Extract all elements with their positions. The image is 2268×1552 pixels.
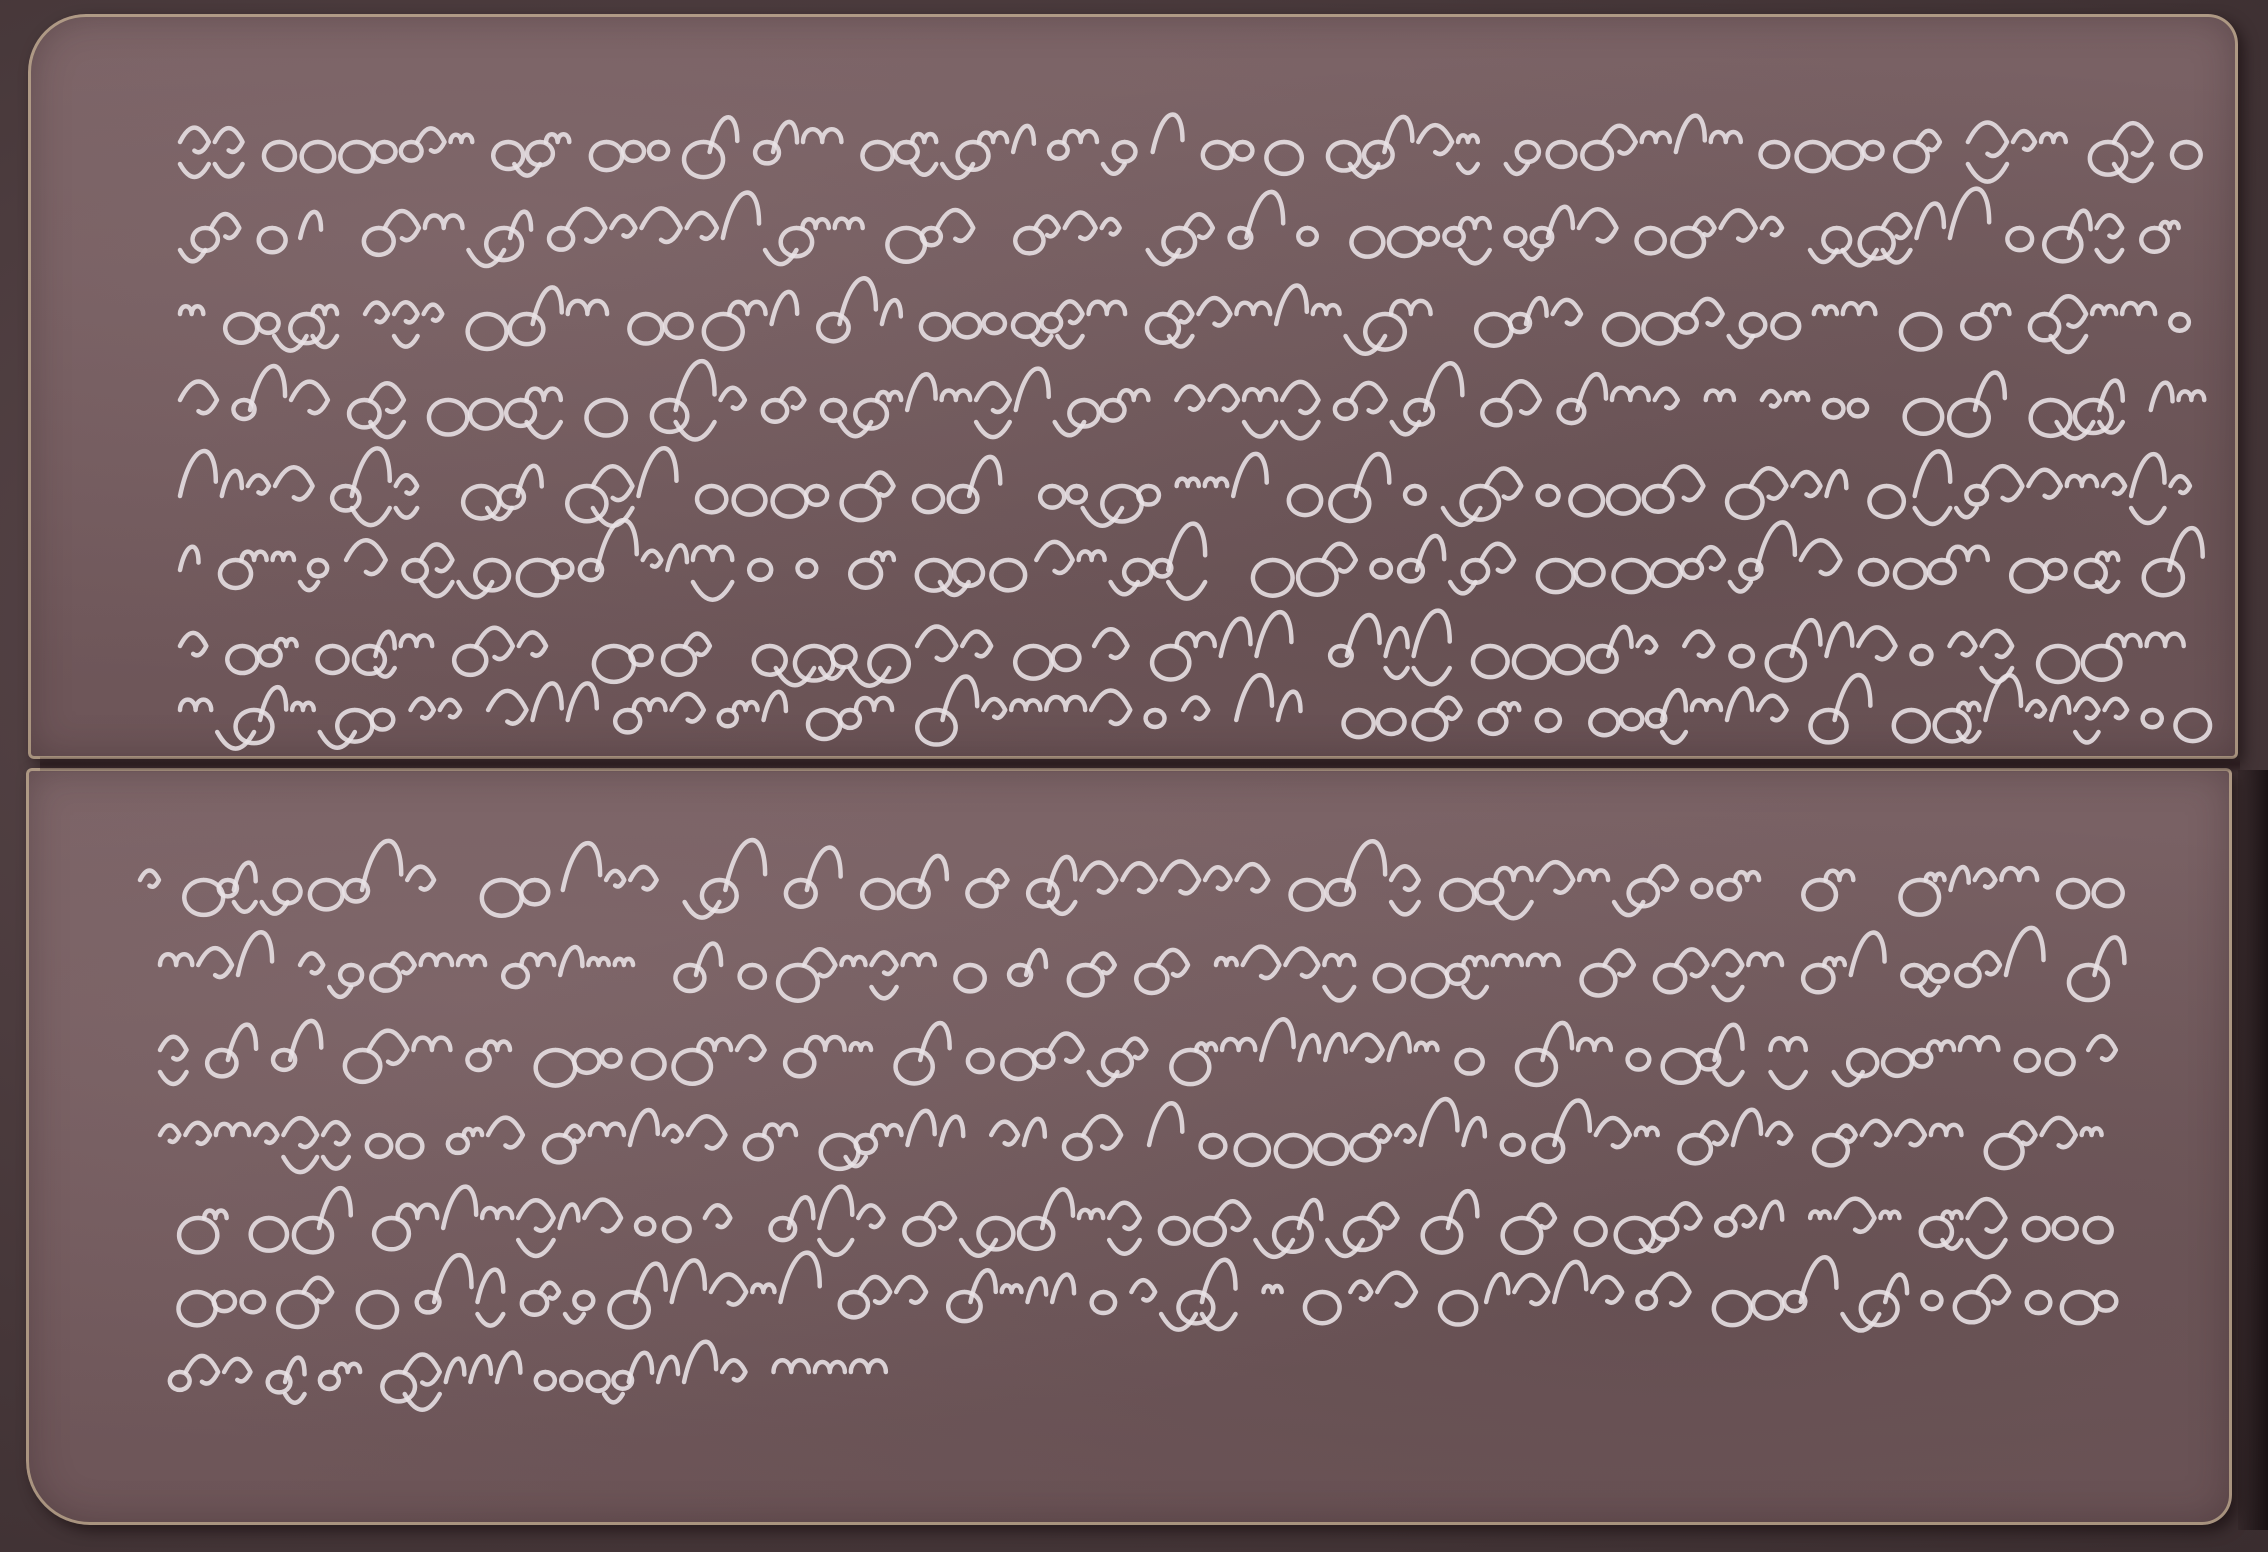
script-line	[160, 928, 2124, 1001]
script-line	[160, 1019, 2116, 1088]
script-line	[180, 448, 2190, 526]
script-line	[170, 1342, 886, 1410]
script-line	[180, 115, 2201, 182]
script-line	[180, 361, 2204, 439]
script-line	[180, 278, 2189, 353]
script-line	[180, 520, 2203, 600]
script-line	[180, 675, 2210, 749]
script-line	[178, 1253, 2116, 1331]
script-line	[180, 189, 2179, 266]
script-line	[160, 1099, 2102, 1172]
script-line	[180, 611, 2184, 686]
script-line	[179, 1187, 2112, 1257]
script-line	[140, 840, 2123, 918]
manuscript-script	[0, 0, 2268, 1552]
